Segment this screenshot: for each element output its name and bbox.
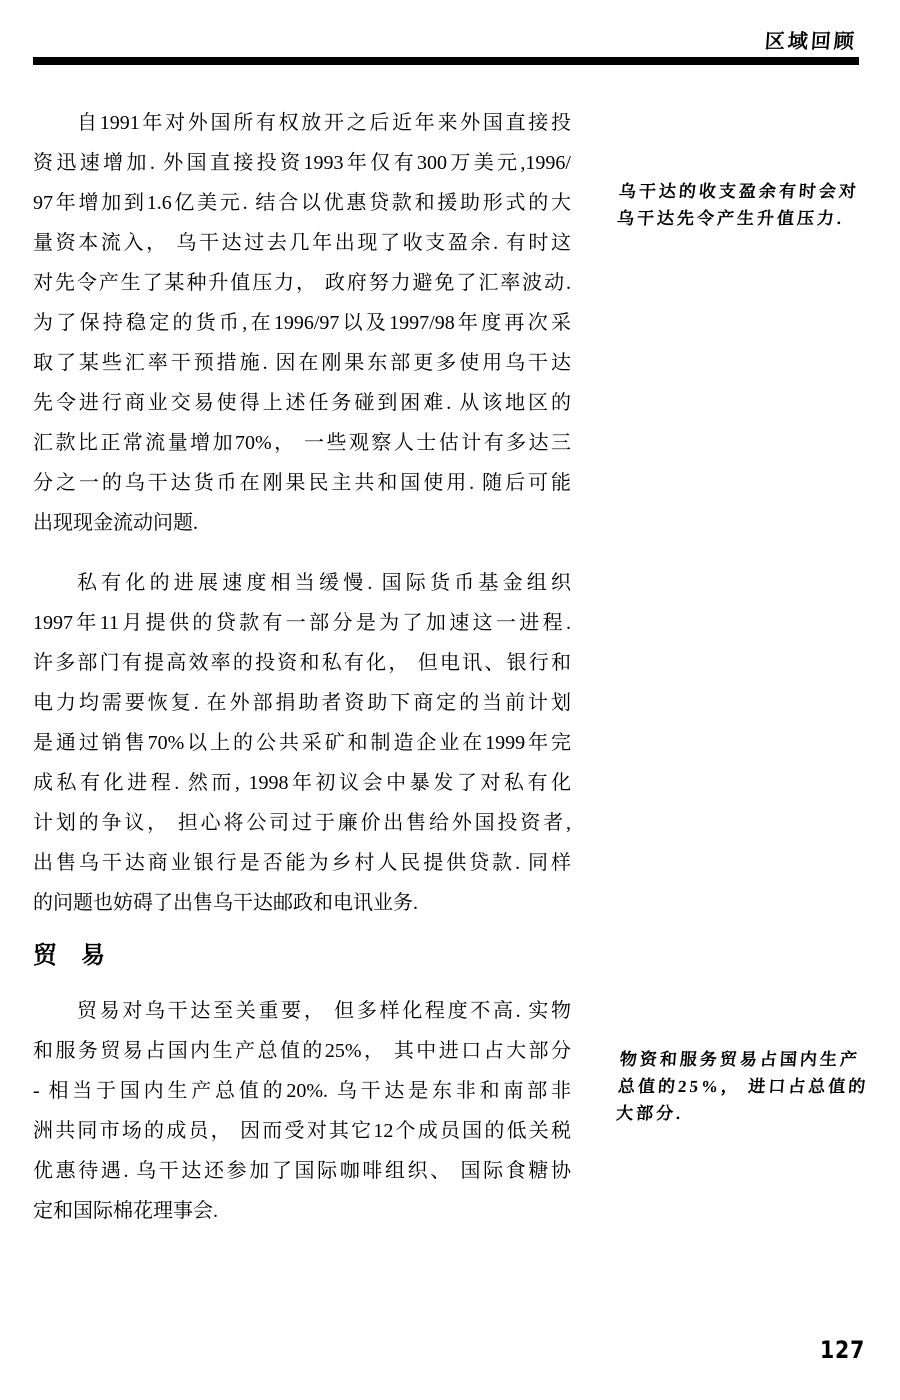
margin-note-trade: 物资和服务贸易占国内生产总值的25%， 进口占总值的大部分. xyxy=(615,1046,876,1127)
text-line: 出现现金流动问题. xyxy=(33,503,571,543)
text-line: 私有化的进展速度相当缓慢. 国际货币基金组织 xyxy=(33,563,571,603)
text-line: - 相当于国内生产总值的20%. 乌干达是东非和南部非 xyxy=(33,1071,571,1111)
text-line: 1997年11月提供的贷款有一部分是为了加速这一进程. xyxy=(33,603,571,643)
page-number: 127 xyxy=(820,1336,865,1364)
text-line: 许多部门有提高效率的投资和私有化， 但电讯、银行和 xyxy=(33,643,571,683)
text-line: 贸易对乌干达至关重要， 但多样化程度不高. 实物 xyxy=(33,991,571,1031)
header-rule xyxy=(33,57,859,65)
text-line: 对先令产生了某种升值压力， 政府努力避免了汇率波动. xyxy=(33,263,571,303)
paragraph-trade: 贸易对乌干达至关重要， 但多样化程度不高. 实物和服务贸易占国内生产总值的25%… xyxy=(33,991,571,1231)
text-line: 自1991年对外国所有权放开之后近年来外国直接投 xyxy=(33,103,571,143)
text-line: 计划的争议， 担心将公司过于廉价出售给外国投资者, xyxy=(33,803,571,843)
text-line: 优惠待遇. 乌干达还参加了国际咖啡组织、 国际食糖协 xyxy=(33,1151,571,1191)
text-line: 97年增加到1.6亿美元. 结合以优惠贷款和援助形式的大 xyxy=(33,183,571,223)
text-line: 量资本流入， 乌干达过去几年出现了收支盈余. 有时这 xyxy=(33,223,571,263)
text-line: 出售乌干达商业银行是否能为乡村人民提供贷款. 同样 xyxy=(33,843,571,883)
text-line: 物资和服务贸易占国内生产 xyxy=(619,1046,876,1073)
document-page: 区域回顾 自1991年对外国所有权放开之后近年来外国直接投资迅速增加. 外国直接… xyxy=(0,0,900,1400)
text-line: 乌干达先令产生升值压力. xyxy=(616,205,873,232)
text-line: 定和国际棉花理事会. xyxy=(33,1191,571,1231)
running-header-title: 区域回顾 xyxy=(764,25,858,54)
text-line: 乌干达的收支盈余有时会对 xyxy=(618,178,875,205)
paragraph-foreign-investment: 自1991年对外国所有权放开之后近年来外国直接投资迅速增加. 外国直接投资199… xyxy=(33,103,571,543)
text-line: 的问题也妨碍了出售乌干达邮政和电讯业务. xyxy=(33,883,571,923)
paragraph-privatization: 私有化的进展速度相当缓慢. 国际货币基金组织1997年11月提供的贷款有一部分是… xyxy=(33,563,571,923)
text-line: 和服务贸易占国内生产总值的25%， 其中进口占大部分 xyxy=(33,1031,571,1071)
section-heading-trade: 贸 易 xyxy=(33,936,571,976)
margin-note-surplus: 乌干达的收支盈余有时会对乌干达先令产生升值压力. xyxy=(616,178,875,232)
text-line: 分之一的乌干达货币在刚果民主共和国使用. 随后可能 xyxy=(33,463,571,503)
text-line: 汇款比正常流量增加70%， 一些观察人士估计有多达三 xyxy=(33,423,571,463)
text-line: 总值的25%， 进口占总值的 xyxy=(617,1073,874,1100)
text-line: 电力均需要恢复. 在外部捐助者资助下商定的当前计划 xyxy=(33,683,571,723)
text-line: 资迅速增加. 外国直接投资1993年仅有300万美元,1996/ xyxy=(33,143,571,183)
text-line: 取了某些汇率干预措施. 因在刚果东部更多使用乌干达 xyxy=(33,343,571,383)
text-line: 大部分. xyxy=(615,1100,872,1127)
text-line: 是通过销售70%以上的公共采矿和制造企业在1999年完 xyxy=(33,723,571,763)
text-line: 为了保持稳定的货币,在1996/97以及1997/98年度再次采 xyxy=(33,303,571,343)
text-line: 先令进行商业交易使得上述任务碰到困难. 从该地区的 xyxy=(33,383,571,423)
text-line: 洲共同市场的成员， 因而受对其它12个成员国的低关税 xyxy=(33,1111,571,1151)
text-line: 成私有化进程. 然而, 1998年初议会中暴发了对私有化 xyxy=(33,763,571,803)
